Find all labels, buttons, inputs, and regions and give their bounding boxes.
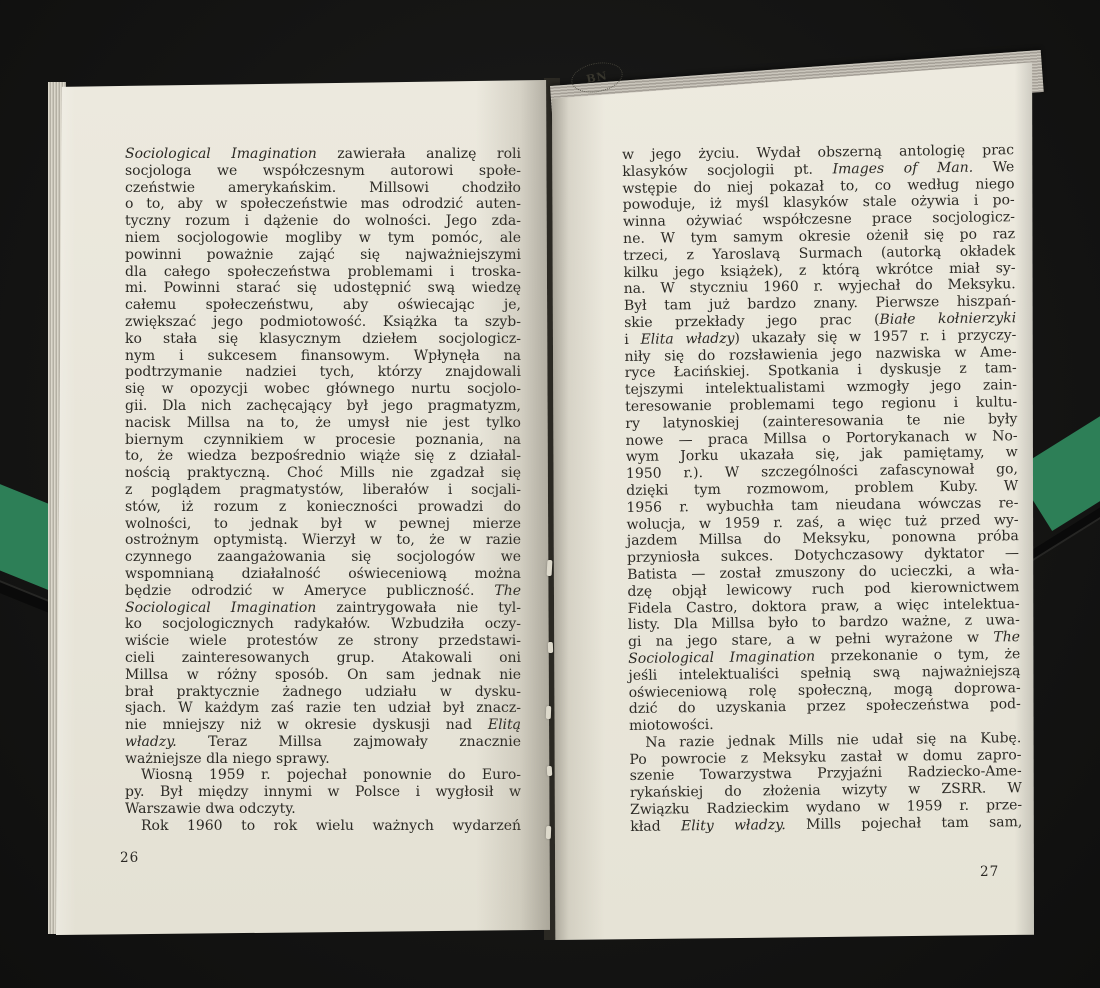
text-line: władzy. Teraz Millsa zajmowały znacznie [125, 734, 521, 751]
text-line: stów, iż rozum z konieczności prowadzi d… [125, 499, 521, 516]
text-line: ko socjologicznych radykałów. Wzbudziła … [125, 616, 521, 633]
text-line: Rok 1960 to rok wielu ważnych wydarzeń [125, 818, 521, 835]
text-line: to, że wiedza bezpośrednio wiąże się z d… [125, 448, 521, 465]
right-page: w jego życiu. Wydał obszerną antologię p… [552, 58, 1034, 940]
text-line: nym i sukcesem finansowym. Wpłynęła na [125, 348, 521, 365]
text-line: ostrożnym optymistą. Wierzył w to, że w … [125, 532, 521, 549]
binding-stitch [547, 766, 553, 776]
text-line: niem socjologowie mogliby w tym pomóc, a… [125, 230, 521, 247]
text-line: nie mniejszy niż w okresie dyskusji nad … [125, 717, 521, 734]
library-stamp-text: BN [585, 69, 608, 86]
text-line: Warszawie dwa odczyty. [125, 801, 521, 818]
binding-stitch [546, 706, 551, 719]
text-line: nacisk Millsa na to, że umysł nie jest t… [125, 415, 521, 432]
text-line: z poglądem pragmatystów, liberałów i soc… [125, 482, 521, 499]
text-line: dla całego społeczeństwa problemami i tr… [125, 264, 521, 281]
text-line: się w opozycji wobec głównego nurtu socj… [125, 381, 521, 398]
text-line: podtrzymanie nadziei tych, którzy znajdo… [125, 364, 521, 381]
text-line: py. Był między innymi w Polsce i wygłosi… [125, 784, 521, 801]
binding-stitch [547, 560, 553, 576]
binding-stitch [546, 826, 551, 839]
text-line: Millsa w różny sposób. On sam jednak nie [125, 667, 521, 684]
text-line: nością praktyczną. Choć Mills nie zgadza… [125, 465, 521, 482]
photo-background: BN Sociological Imagination zawierała an… [0, 0, 1100, 988]
right-page-text: w jego życiu. Wydał obszerną antologię p… [622, 142, 1022, 835]
text-line: cieli zainteresowanych grup. Atakowali o… [125, 650, 521, 667]
text-line: czeństwie amerykańskim. Millsowi chodził… [125, 180, 521, 197]
text-line: o to, aby w społeczeństwie mas odrodzić … [125, 196, 521, 213]
text-line: biernym czynnikiem w procesie poznania, … [125, 432, 521, 449]
text-line: czynnego zaangażowania się socjologów we [125, 549, 521, 566]
text-line: kład Elity władzy. Mills pojechał tam sa… [630, 814, 1022, 836]
text-line: będzie odrodzić w Ameryce publiczność. T… [125, 583, 521, 600]
text-line: całemu społeczeństwu, aby oświecając je, [125, 297, 521, 314]
text-line: wspomnianą działalność oświeceniową możn… [125, 566, 521, 583]
text-line: socjologa we współczesnym autorowi społe… [125, 163, 521, 180]
right-page-number: 27 [980, 864, 999, 880]
text-line: ko stała się klasycznym dziełem socjolog… [125, 331, 521, 348]
text-line: gii. Dla nich zachęcający był jego pragm… [125, 398, 521, 415]
text-line: zwiększać jego podmiotowość. Książka ta … [125, 314, 521, 331]
text-line: Wiosną 1959 r. pojechał ponownie do Euro… [125, 767, 521, 784]
binding-stitch [548, 642, 553, 653]
text-line: mi. Powinni starać się udostępnić swą wi… [125, 280, 521, 297]
text-line: sjach. W każdym zaś razie ten udział był… [125, 700, 521, 717]
text-line: wiście wiele protestów ze strony przedst… [125, 633, 521, 650]
text-line: Sociological Imagination zaintrygowała n… [125, 600, 521, 617]
text-line: tyczny rozum i dążenie do wolności. Jego… [125, 213, 521, 230]
left-page-text: Sociological Imagination zawierała anali… [125, 146, 521, 835]
text-line: powinni poważnie zająć się najważniejszy… [125, 247, 521, 264]
left-page-number: 26 [120, 850, 139, 866]
text-line: wolności, to jednak był w pewnej mierze [125, 516, 521, 533]
text-line: brał praktycznie żadnego udziału w dysku… [125, 684, 521, 701]
text-line: ważniejsze dla niego sprawy. [125, 751, 521, 768]
text-line: Sociological Imagination zawierała anali… [125, 146, 521, 163]
left-page: Sociological Imagination zawierała anali… [56, 80, 550, 935]
